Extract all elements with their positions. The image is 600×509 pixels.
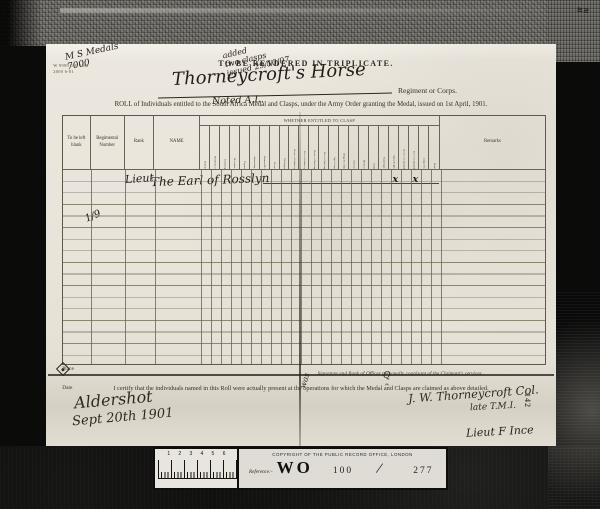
table-column-rule xyxy=(371,170,372,364)
clasp-column-header: Wepener xyxy=(240,126,250,169)
table-column-rule xyxy=(401,170,402,364)
table-column-rule xyxy=(341,170,342,364)
table-column-rule xyxy=(125,170,126,364)
clasp-column-header: Orange Free State xyxy=(339,126,349,169)
clasp-column-header: Diamond Hill xyxy=(260,126,270,169)
reference-label: Reference:- xyxy=(249,469,273,475)
handwritten-medals-note: M S Medals 7000 xyxy=(65,43,122,74)
regiment-underline xyxy=(158,93,392,99)
clasp-column-header: Belfast xyxy=(270,126,280,169)
clasp-column-header: Elandslaagte xyxy=(379,126,389,169)
ruler-number: 3 xyxy=(189,451,192,457)
certification-caret: ^ xyxy=(384,383,390,391)
second-signature: Lieut F Ince xyxy=(466,423,534,440)
ruler-numbers: 123456 xyxy=(158,451,237,459)
page-edge-number: 142 xyxy=(523,393,532,408)
table-column-rule xyxy=(351,170,352,364)
ruler-minor-ticks xyxy=(158,472,237,479)
clasp-column-header: Belmont xyxy=(200,126,210,169)
date-label: Date xyxy=(62,385,72,391)
stamp-reference-area: COPYRIGHT OF THE PUBLIC RECORD OFFICE, L… xyxy=(239,449,446,488)
table-column-rule xyxy=(431,170,432,364)
ruler-major-ticks xyxy=(158,460,237,472)
table-header-row: To be left blank Regimental Number Rank … xyxy=(63,116,545,170)
ruler-number: 6 xyxy=(223,451,226,457)
ruler-number: 2 xyxy=(178,451,181,457)
clasp-column-header: Medal xyxy=(429,126,439,169)
microfilm-scan: ≡≡ W 9999 5-C 1M2 2000 6-01 M S Medals 7… xyxy=(0,0,600,509)
clasp-entitlement-mark: x xyxy=(413,174,419,185)
clasp-column-header: Driefontein xyxy=(230,126,240,169)
clasp-column-header: Defence of Kimberley xyxy=(289,126,299,169)
table-column-rule xyxy=(241,170,242,364)
table-column-rule xyxy=(291,170,292,364)
regiment-or-corps-label: Regiment or Corps. xyxy=(398,86,457,95)
film-streak xyxy=(60,8,560,13)
clasp-column-header: Johannesburg xyxy=(250,126,260,169)
reference-piece: 277 xyxy=(413,466,433,476)
clasp-column-header: Relief of Mafeking xyxy=(319,126,329,169)
column-header-regimental-number: Regimental Number xyxy=(91,116,125,169)
clasp-column-header: Laing's Nek xyxy=(419,126,429,169)
table-column-rule xyxy=(311,170,312,364)
table-column-rule xyxy=(271,170,272,364)
clasp-column-header: Modder River xyxy=(210,126,220,169)
film-grain-top xyxy=(0,0,600,46)
clasp-column-header: Transvaal xyxy=(349,126,359,169)
table-body: Lieut. The Earl of Rosslyn xx xyxy=(63,170,545,364)
medal-roll-document: W 9999 5-C 1M2 2000 6-01 M S Medals 7000… xyxy=(46,44,556,446)
table-column-rule xyxy=(231,170,232,364)
reference-class: 100 xyxy=(333,466,353,476)
column-header-name: NAME xyxy=(154,116,200,169)
film-edge-marks: ≡≡ xyxy=(577,5,591,16)
copyright-text: COPYRIGHT OF THE PUBLIC RECORD OFFICE, L… xyxy=(239,452,446,457)
roll-title: ROLL of Individuals entitled to the Sout… xyxy=(60,101,542,108)
table-column-rule xyxy=(281,170,282,364)
officer-signature-line2: late T.M.I. xyxy=(470,401,517,413)
table-column-rule xyxy=(301,170,302,364)
clasp-column-header: Relief of Ladysmith xyxy=(409,126,419,169)
scale-ruler: 123456 xyxy=(155,449,239,488)
place-label: Place xyxy=(62,366,74,372)
clasp-column-header: Rhodesia xyxy=(359,126,369,169)
ruler-number: 4 xyxy=(201,451,204,457)
clasp-column-header: Defence of Ladysmith xyxy=(399,126,409,169)
clasp-column-header: Tugela Heights xyxy=(389,126,399,169)
table-column-rule xyxy=(211,170,212,364)
table-column-rule xyxy=(421,170,422,364)
clasp-column-header: Paardeberg xyxy=(220,126,230,169)
signature-caption: Signature and Rank of Officer personally… xyxy=(310,371,490,377)
medal-roll-table: To be left blank Regimental Number Rank … xyxy=(62,115,546,365)
table-column-rule xyxy=(201,170,202,364)
document-fold-crease xyxy=(299,112,301,446)
table-column-rule xyxy=(155,170,156,364)
pro-reference-stamp: 123456 COPYRIGHT OF THE PUBLIC RECORD OF… xyxy=(153,447,448,490)
clasp-entitlement-mark: x xyxy=(393,174,399,185)
column-header-blank: To be left blank xyxy=(63,116,91,169)
table-column-rule xyxy=(251,170,252,364)
reference-slash: / xyxy=(376,461,382,478)
table-column-rule xyxy=(321,170,322,364)
table-column-rule xyxy=(411,170,412,364)
clasp-column-header: Cape Colony xyxy=(329,126,339,169)
reference-line: Reference:- WO 100 / 277 xyxy=(239,458,446,478)
reference-series: WO xyxy=(277,458,313,478)
table-column-rule xyxy=(221,170,222,364)
clasp-column-header: Defence of Mafeking xyxy=(309,126,319,169)
clasp-headers: BelmontModder RiverPaardebergDriefontein… xyxy=(200,126,439,169)
ruler-number: 5 xyxy=(212,451,215,457)
clasp-column-header: Talana xyxy=(369,126,379,169)
table-column-rule xyxy=(91,170,92,364)
clasp-header-group: WHETHER ENTITLED TO CLASP BelmontModder … xyxy=(200,116,440,169)
table-column-rule xyxy=(331,170,332,364)
table-column-rule xyxy=(381,170,382,364)
column-header-remarks: Remarks xyxy=(440,116,545,169)
table-column-rule xyxy=(391,170,392,364)
clasp-group-label: WHETHER ENTITLED TO CLASP xyxy=(200,116,439,126)
clasp-column-header: Wittebergen xyxy=(280,126,290,169)
ruler-number: 1 xyxy=(167,451,170,457)
table-gridlines xyxy=(63,170,545,364)
table-column-rule xyxy=(441,170,442,364)
column-header-rank: Rank xyxy=(125,116,155,169)
table-column-rule xyxy=(361,170,362,364)
table-column-rule xyxy=(261,170,262,364)
